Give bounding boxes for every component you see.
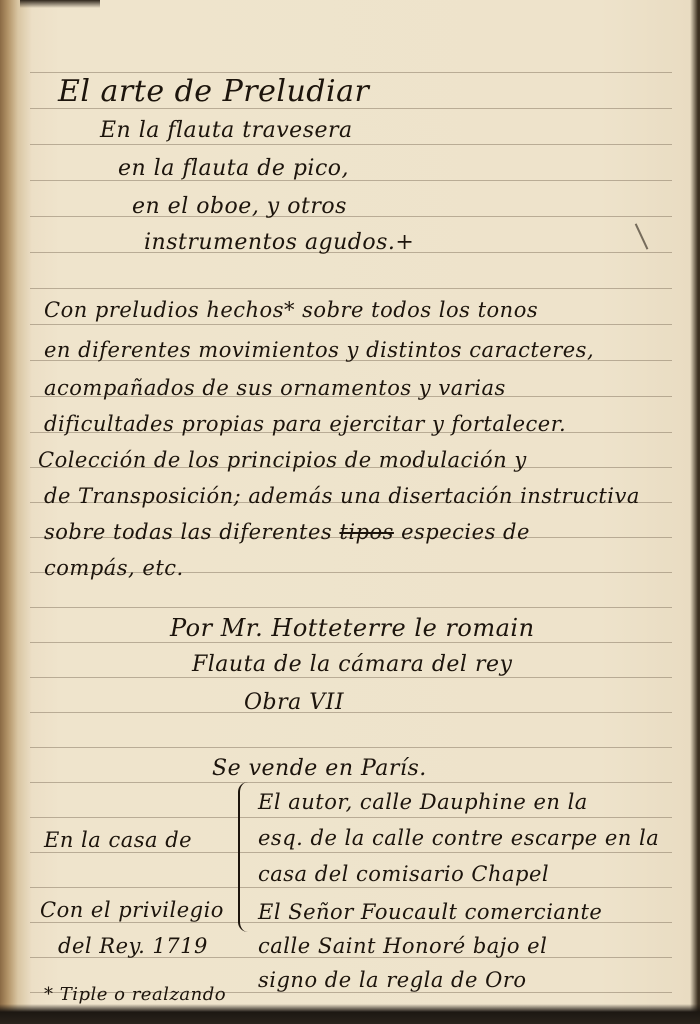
subtitle-line: en el oboe, y otros: [132, 194, 347, 219]
ruled-line: [30, 216, 672, 217]
ruled-line: [30, 747, 672, 748]
address-line: esq. de la calle contre escarpe en la: [258, 826, 659, 850]
description-line: en diferentes movimientos y distintos ca…: [44, 338, 594, 362]
ruled-line: [30, 677, 672, 678]
ruled-line: [30, 887, 672, 888]
address-line: El autor, calle Dauphine en la: [258, 790, 588, 814]
subtitle-line: en la flauta de pico,: [118, 156, 349, 181]
description-line: acompañados de sus ornamentos y varias: [44, 376, 506, 400]
ink-smudge: [635, 218, 660, 249]
address-line: signo de la regla de Oro: [258, 968, 527, 992]
struck-word: tipos: [339, 520, 394, 544]
author-line: Por Mr. Hotteterre le romain: [170, 614, 535, 642]
ruled-line: [30, 642, 672, 643]
ruled-line: [30, 288, 672, 289]
sale-left-label: En la casa de: [44, 828, 192, 852]
privilege-line: del Rey. 1719: [58, 934, 208, 958]
ruled-line: [30, 324, 672, 325]
ruled-line: [30, 852, 672, 853]
footnote: * Tiple o realzando: [44, 984, 226, 1005]
page-bottom-edge: [0, 1004, 700, 1024]
ruled-line: [30, 72, 672, 73]
notebook-page: El arte de Preludiar En la flauta traves…: [0, 0, 700, 1024]
address-line: casa del comisario Chapel: [258, 862, 549, 886]
author-line: Obra VII: [244, 690, 344, 715]
ruled-line: [30, 782, 672, 783]
address-line: El Señor Foucault comerciante: [258, 900, 602, 924]
subtitle-line: En la flauta travesera: [100, 118, 353, 143]
ruled-line: [30, 607, 672, 608]
curly-brace: [238, 782, 254, 932]
description-line: dificultades propias para ejercitar y fo…: [44, 412, 566, 436]
ruled-line: [30, 817, 672, 818]
sale-heading: Se vende en París.: [212, 756, 427, 781]
ruled-line: [30, 144, 672, 145]
description-line: compás, etc.: [44, 556, 184, 580]
description-text: especies de: [401, 520, 530, 544]
ruled-line: [30, 712, 672, 713]
description-line: de Transposición; además una disertación…: [44, 484, 640, 508]
description-text: sobre todas las diferentes: [44, 520, 332, 544]
page-title: El arte de Preludiar: [58, 74, 369, 109]
address-line: calle Saint Honoré bajo el: [258, 934, 547, 958]
page-shadow: [20, 0, 100, 8]
description-line: Colección de los principios de modulació…: [38, 448, 527, 472]
description-line: Con preludios hechos* sobre todos los to…: [44, 298, 538, 322]
privilege-line: Con el privilegio: [40, 898, 224, 922]
description-line: sobre todas las diferentes tipos especie…: [44, 520, 530, 544]
subtitle-line: instrumentos agudos.+: [144, 230, 414, 255]
author-line: Flauta de la cámara del rey: [192, 652, 512, 677]
